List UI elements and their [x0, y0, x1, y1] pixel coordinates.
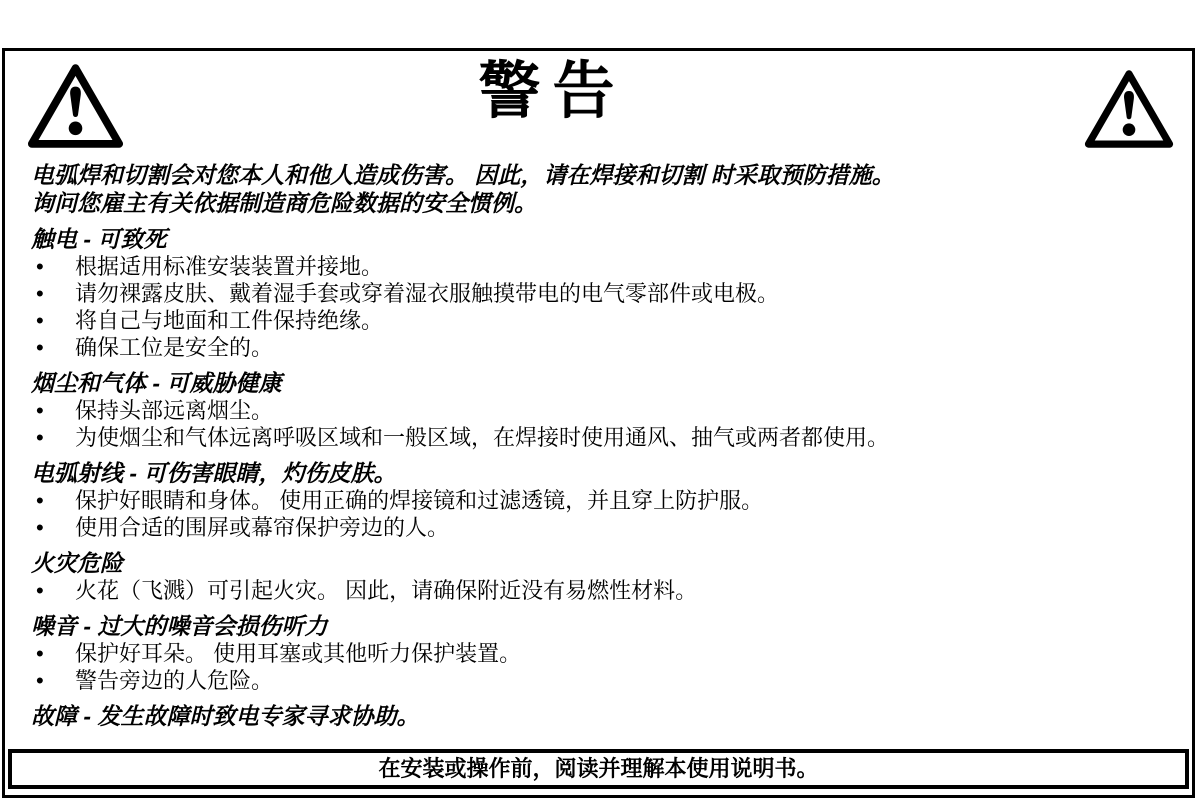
bullet-item: • 保持头部远离烟尘。 [31, 397, 1172, 424]
intro-line-2: 询问您雇主有关依据制造商危险数据的安全惯例。 [31, 189, 1162, 217]
hazard-section: 触电 - 可致死 • 根据适用标准安装装置并接地。 • 请勿裸露皮肤、戴着湿手套… [31, 226, 1172, 361]
bullet-dot-icon: • [31, 577, 75, 604]
section-heading: 噪音 - 过大的噪音会损伤听力 [31, 613, 1172, 640]
warning-triangle-icon [1084, 69, 1174, 149]
bullet-text: 将自己与地面和工件保持绝缘。 [75, 307, 1172, 334]
bullet-dot-icon: • [31, 487, 75, 514]
bullet-item: • 保护好眼睛和身体。 使用正确的焊接镜和过滤透镜，并且穿上防护服。 [31, 487, 1172, 514]
bullet-item: • 使用合适的围屏或幕帘保护旁边的人。 [31, 514, 1172, 541]
bullet-dot-icon: • [31, 514, 75, 541]
warning-box: 警告 电弧焊和切割会对您本人和他人造成伤害。 因此，请在焊接和切割 时采取预防措… [2, 48, 1195, 798]
intro-paragraph: 电弧焊和切割会对您本人和他人造成伤害。 因此，请在焊接和切割 时采取预防措施。 … [31, 161, 1162, 217]
bullet-text: 确保工位是安全的。 [75, 334, 1172, 361]
warning-title: 警告 [0, 57, 1146, 127]
bullet-text: 为使烟尘和气体远离呼吸区域和一般区域，在焊接时使用通风、抽气或两者都使用。 [75, 424, 1172, 451]
manual-warning-page: 警告 电弧焊和切割会对您本人和他人造成伤害。 因此，请在焊接和切割 时采取预防措… [0, 0, 1200, 800]
section-heading: 火灾危险 [31, 550, 1172, 577]
bullet-item: • 保护好耳朵。 使用耳塞或其他听力保护装置。 [31, 640, 1172, 667]
hazard-section: 火灾危险 • 火花（飞溅）可引起火灾。 因此，请确保附近没有易燃性材料。 [31, 550, 1172, 604]
bullet-dot-icon: • [31, 667, 75, 694]
hazard-section: 故障 - 发生故障时致电专家寻求协助。 [31, 703, 1172, 730]
hazard-sections: 触电 - 可致死 • 根据适用标准安装装置并接地。 • 请勿裸露皮肤、戴着湿手套… [31, 226, 1172, 730]
section-heading: 烟尘和气体 - 可威胁健康 [31, 370, 1172, 397]
bullet-dot-icon: • [31, 397, 75, 424]
bullet-text: 使用合适的围屏或幕帘保护旁边的人。 [75, 514, 1172, 541]
bullet-item: • 根据适用标准安装装置并接地。 [31, 253, 1172, 280]
warning-header: 警告 [5, 51, 1192, 155]
bullet-item: • 警告旁边的人危险。 [31, 667, 1172, 694]
bullet-text: 请勿裸露皮肤、戴着湿手套或穿着湿衣服触摸带电的电气零部件或电极。 [75, 280, 1172, 307]
hazard-section: 电弧射线 - 可伤害眼睛，灼伤皮肤。 • 保护好眼睛和身体。 使用正确的焊接镜和… [31, 460, 1172, 541]
bullet-dot-icon: • [31, 253, 75, 280]
bullet-dot-icon: • [31, 307, 75, 334]
bullet-text: 保持头部远离烟尘。 [75, 397, 1172, 424]
bullet-item: • 将自己与地面和工件保持绝缘。 [31, 307, 1172, 334]
bullet-item: • 请勿裸露皮肤、戴着湿手套或穿着湿衣服触摸带电的电气零部件或电极。 [31, 280, 1172, 307]
bullet-item: • 确保工位是安全的。 [31, 334, 1172, 361]
bullet-text: 火花（飞溅）可引起火灾。 因此，请确保附近没有易燃性材料。 [75, 577, 1172, 604]
section-heading: 触电 - 可致死 [31, 226, 1172, 253]
bullet-dot-icon: • [31, 640, 75, 667]
section-heading: 故障 - 发生故障时致电专家寻求协助。 [31, 703, 1172, 730]
bullet-item: • 火花（飞溅）可引起火灾。 因此，请确保附近没有易燃性材料。 [31, 577, 1172, 604]
bullet-text: 保护好耳朵。 使用耳塞或其他听力保护装置。 [75, 640, 1172, 667]
intro-line-1: 电弧焊和切割会对您本人和他人造成伤害。 因此，请在焊接和切割 时采取预防措施。 [31, 161, 1162, 189]
section-heading: 电弧射线 - 可伤害眼睛，灼伤皮肤。 [31, 460, 1172, 487]
bullet-text: 根据适用标准安装装置并接地。 [75, 253, 1172, 280]
bullet-text: 保护好眼睛和身体。 使用正确的焊接镜和过滤透镜，并且穿上防护服。 [75, 487, 1172, 514]
bullet-dot-icon: • [31, 334, 75, 361]
bullet-dot-icon: • [31, 424, 75, 451]
footer-notice-box: 在安装或操作前，阅读并理解本使用说明书。 [8, 749, 1189, 789]
footer-notice-text: 在安装或操作前，阅读并理解本使用说明书。 [378, 756, 818, 781]
hazard-section: 噪音 - 过大的噪音会损伤听力 • 保护好耳朵。 使用耳塞或其他听力保护装置。 … [31, 613, 1172, 694]
bullet-item: • 为使烟尘和气体远离呼吸区域和一般区域，在焊接时使用通风、抽气或两者都使用。 [31, 424, 1172, 451]
bullet-dot-icon: • [31, 280, 75, 307]
bullet-text: 警告旁边的人危险。 [75, 667, 1172, 694]
hazard-section: 烟尘和气体 - 可威胁健康 • 保持头部远离烟尘。 • 为使烟尘和气体远离呼吸区… [31, 370, 1172, 451]
